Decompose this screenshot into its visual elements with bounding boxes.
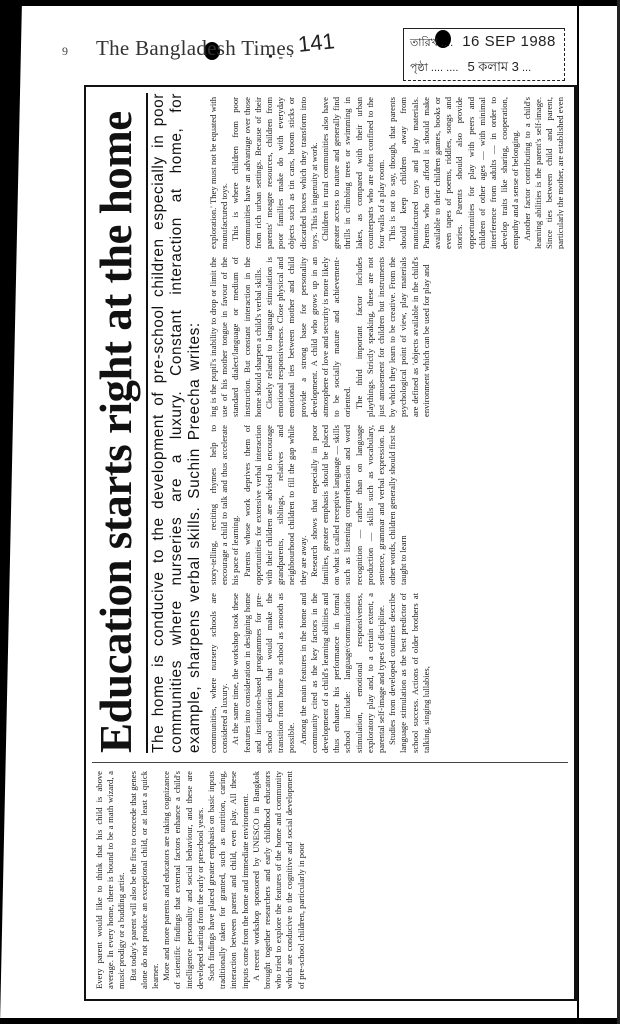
headline-rule — [146, 93, 148, 753]
paragraph: The third important factor includes play… — [354, 257, 432, 417]
paragraph: Every parent would like to think that hi… — [94, 771, 128, 989]
masthead-dots: • - · — [268, 50, 294, 66]
archive-date-stamp: তারিখ .... 16 SEP 1988 পৃষ্ঠা .... .... … — [403, 28, 565, 81]
stamp-page-label: পৃষ্ঠা — [410, 62, 428, 74]
margin-mark: 9 — [62, 44, 68, 59]
paragraph: exploration.' They must not be equated w… — [208, 97, 230, 249]
paragraph: Research shows that especially in poor f… — [309, 425, 410, 585]
paragraph: Another factor contributing to a child's… — [522, 97, 564, 249]
stamp-date-label: তারিখ — [410, 37, 438, 49]
article-column-5: exploration.' They must not be equated w… — [208, 97, 564, 249]
paragraph: communities, where nursery schools are c… — [208, 593, 230, 753]
paragraph: ing is the pupil's inability to drop or … — [208, 257, 264, 417]
scan-edge-bottom — [0, 1018, 620, 1024]
article-headline: Education starts right at the home — [90, 93, 142, 753]
paragraph: Closely related to language stimulation … — [264, 257, 354, 417]
column-divider — [92, 762, 568, 763]
article-deck: The home is conducive to the development… — [150, 93, 204, 753]
article-column-4: ing is the pupil's inability to drop or … — [208, 257, 564, 417]
article-column-3: story-telling, reciting rhymes help to e… — [208, 425, 564, 585]
article-column-2: communities, where nursery schools are c… — [208, 593, 564, 753]
paragraph: A recent workshop sponsored by UNESCO in… — [251, 771, 307, 989]
paragraph: Among the main features in the home and … — [298, 593, 388, 753]
scan-edge-top — [0, 0, 620, 6]
page-number-mark: 141 — [297, 28, 336, 58]
article-column-1: Every parent would like to think that hi… — [94, 771, 564, 989]
paragraph: Such findings have placed greater emphas… — [206, 771, 251, 989]
paragraph: At the same time, the workshop took thes… — [230, 593, 297, 753]
paragraph: But today's parent will also be the firs… — [128, 771, 162, 989]
article-clipping: Every parent would like to think that hi… — [84, 85, 578, 1001]
scan-edge-left — [0, 0, 22, 1024]
paragraph: Parents whose work deprives them of oppo… — [242, 425, 309, 585]
rotated-article: Every parent would like to think that hi… — [86, 87, 574, 999]
publication-masthead: The Bangladesh Times — [96, 36, 295, 61]
paragraph: story-telling, reciting rhymes help to e… — [208, 425, 242, 585]
paragraph: Children in rural communities also have … — [320, 97, 387, 249]
paragraph: This is where children from poor communi… — [230, 97, 320, 249]
paragraph: More and more parents and educators are … — [161, 771, 206, 989]
paragraph: Studies from developed countries describ… — [387, 593, 432, 753]
stamp-page-value: 5 কলাম 3 — [467, 59, 518, 74]
stamp-date-value: 16 SEP 1988 — [462, 33, 556, 50]
paragraph: This is not to say, though, that parents… — [387, 97, 521, 249]
